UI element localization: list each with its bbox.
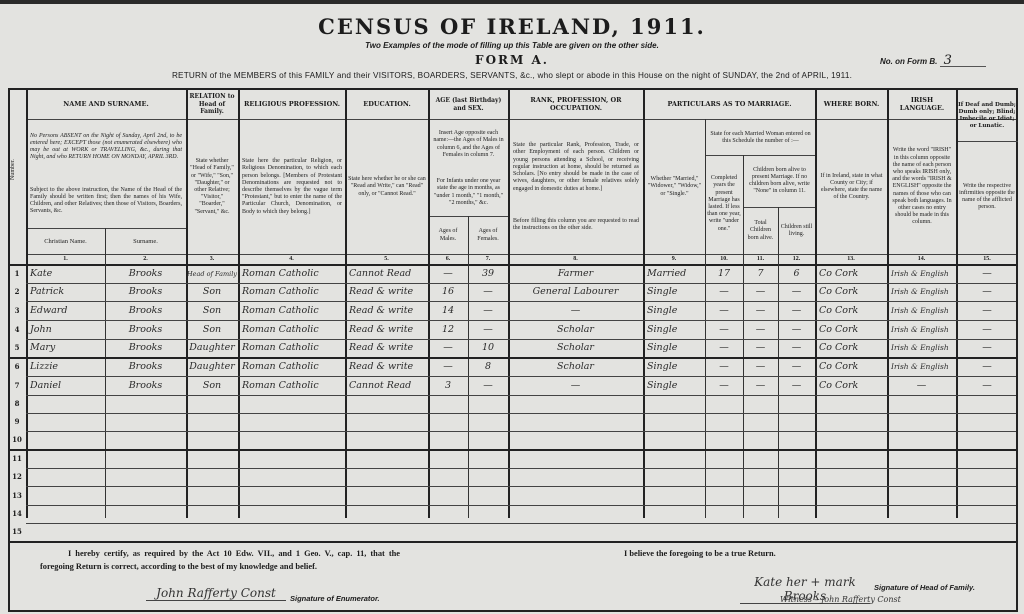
age-female: —: [468, 305, 508, 316]
years-married: —: [705, 324, 743, 335]
form-b-label: No. on Form B.: [880, 57, 937, 66]
religion: Roman Catholic: [238, 361, 345, 372]
infirmity: —: [956, 268, 1018, 279]
footer-border: [8, 610, 1018, 612]
row-number: 10: [8, 435, 26, 444]
relation: Head of Family: [186, 270, 238, 278]
marriage-status: Single: [643, 305, 705, 316]
relation: Son: [186, 324, 238, 335]
occupation: Scholar: [508, 361, 643, 372]
form-name: FORM A.: [0, 53, 1024, 67]
ages-males-header: Ages of Males.: [428, 217, 468, 254]
divider: [186, 119, 1016, 120]
column-number: 11.: [743, 256, 778, 265]
children-born: —: [743, 324, 778, 335]
age-female: —: [468, 324, 508, 335]
religion: Roman Catholic: [238, 305, 345, 316]
religion: Roman Catholic: [238, 324, 345, 335]
education: Read & write: [345, 286, 428, 297]
column-number: 14.: [887, 256, 956, 265]
infirmity-instruction: Write the respective infirmities opposit…: [957, 142, 1017, 252]
ages-females-header: Ages of Females.: [468, 217, 508, 254]
years-married: —: [705, 305, 743, 316]
education: Read & write: [345, 324, 428, 335]
christian-name: Daniel: [26, 380, 105, 391]
surname: Brooks: [105, 324, 186, 335]
children-born: —: [743, 286, 778, 297]
surname: Brooks: [105, 342, 186, 353]
education-instruction: State here whether he or she can "Read a…: [346, 122, 428, 252]
marriage-status: Single: [643, 286, 705, 297]
years-married: —: [705, 286, 743, 297]
children-born: —: [743, 342, 778, 353]
name-instruction-2: Subject to the above instruction, the Na…: [28, 175, 184, 227]
age-male: —: [428, 361, 468, 372]
surname: Brooks: [105, 380, 186, 391]
row-number: 12: [8, 472, 26, 481]
religion-header: RELIGIOUS PROFESSION.: [240, 90, 344, 119]
children-instruction: Children born alive to present Marriage.…: [744, 156, 815, 206]
education: Read & write: [345, 342, 428, 353]
row-number: 2: [8, 287, 26, 296]
surname-header: Surname.: [105, 229, 186, 254]
marriage-status: Single: [643, 361, 705, 372]
column-number: 8.: [508, 256, 643, 265]
column-number: 4.: [238, 256, 345, 265]
where-born: Co Cork: [815, 305, 887, 316]
marriage-instruction: Whether "Married," "Widower," "Widow," o…: [644, 122, 705, 252]
where-born: Co Cork: [815, 324, 887, 335]
marriage-status: Single: [643, 380, 705, 391]
column-number: 10.: [705, 256, 743, 265]
divider: [26, 254, 1016, 255]
row-line: [8, 449, 1018, 451]
occupation: —: [508, 380, 643, 391]
occupation-instruction-1: State the particular Rank, Profession, T…: [511, 130, 641, 205]
row-number: 4: [8, 325, 26, 334]
return-instruction: RETURN of the MEMBERS of this FAMILY and…: [0, 71, 1024, 80]
marriage-status: Married: [643, 268, 705, 279]
relation: Daughter: [186, 342, 238, 353]
surname: Brooks: [105, 305, 186, 316]
name-instruction-1: No Persons ABSENT on the Night of Sunday…: [28, 122, 184, 172]
christian-name: John: [26, 324, 105, 335]
top-border: [0, 0, 1024, 4]
footer-border: [8, 541, 10, 611]
children-living: —: [778, 286, 815, 297]
total-children-header: Total Children born alive.: [743, 208, 778, 254]
infirmity: —: [956, 361, 1018, 372]
column-number: 9.: [643, 256, 705, 265]
children-living: —: [778, 361, 815, 372]
years-married: —: [705, 380, 743, 391]
footer-border: [1016, 541, 1018, 611]
education: Read & write: [345, 305, 428, 316]
surname: Brooks: [105, 268, 186, 279]
form-b-number: No. on Form B. 3: [880, 55, 986, 67]
christian-name: Edward: [26, 305, 105, 316]
age-female: 39: [468, 268, 508, 279]
relation: Son: [186, 305, 238, 316]
irish-language: Irish & English: [887, 343, 956, 352]
children-born: —: [743, 361, 778, 372]
where-born-instruction: If in Ireland, state in what County or C…: [816, 122, 887, 252]
surname: Brooks: [105, 286, 186, 297]
marriage-status: Single: [643, 342, 705, 353]
infirmity: —: [956, 286, 1018, 297]
married-woman-instruction: State for each Married Woman entered on …: [706, 121, 815, 155]
children-born: —: [743, 380, 778, 391]
marriage-header: PARTICULARS AS TO MARRIAGE.: [644, 90, 815, 119]
age-instruction-1: Insert Age opposite each name:—the Ages …: [429, 122, 508, 167]
census-form: CENSUS OF IRELAND, 1911. Two Examples of…: [0, 0, 1024, 614]
divider: [26, 119, 186, 120]
where-born-header: WHERE BORN.: [816, 90, 887, 119]
irish-language: Irish & English: [887, 362, 956, 371]
where-born: Co Cork: [815, 342, 887, 353]
education-header: EDUCATION.: [346, 90, 428, 119]
occupation: Scholar: [508, 324, 643, 335]
marriage-status: Single: [643, 324, 705, 335]
row-number: 3: [8, 306, 26, 315]
enumerator-certification: I hereby certify, as required by the Act…: [40, 547, 400, 573]
children-born: —: [743, 305, 778, 316]
row-line: [26, 413, 1016, 414]
christian-name: Mary: [26, 342, 105, 353]
infirmity-header: If Deaf and Dumb; Dumb only; Blind; Imbe…: [957, 90, 1017, 141]
column-number: 6.: [428, 256, 468, 265]
irish-language: Irish & English: [887, 325, 956, 334]
form-b-value: 3: [940, 55, 986, 67]
irish-language-instruction: Write the word "IRISH" in this column op…: [888, 122, 956, 252]
column-number: 5.: [345, 256, 428, 265]
age-male: 12: [428, 324, 468, 335]
col-line: [508, 88, 510, 518]
enumerator-signature-label: Signature of Enumerator.: [290, 594, 380, 603]
column-number: 7.: [468, 256, 508, 265]
occupation-header: RANK, PROFESSION, OR OCCUPATION.: [509, 90, 643, 119]
relation: Son: [186, 380, 238, 391]
surname: Brooks: [105, 361, 186, 372]
row-line: [26, 395, 1016, 396]
years-married: 17: [705, 268, 743, 279]
row-number: 11: [8, 454, 26, 463]
row-line: [8, 357, 1018, 359]
religion: Roman Catholic: [238, 286, 345, 297]
christian-name: Kate: [26, 268, 105, 279]
row-line: [26, 505, 1016, 506]
relation-instruction: State whether "Head of Family," or "Wife…: [188, 122, 236, 252]
occupation: Farmer: [508, 268, 643, 279]
row-line: [8, 541, 1018, 543]
witness-note: Witness – John Rafferty Const: [780, 595, 901, 604]
christian-name: Patrick: [26, 286, 105, 297]
column-number: 15.: [956, 256, 1018, 265]
age-instruction-2: For Infants under one year state the age…: [429, 170, 508, 215]
where-born: Co Cork: [815, 268, 887, 279]
row-line: [26, 283, 1016, 284]
years-married: —: [705, 342, 743, 353]
row-number: 13: [8, 491, 26, 500]
row-number: 1: [8, 269, 26, 278]
where-born: Co Cork: [815, 286, 887, 297]
years-married-instruction: Completed years the present Marriage has…: [705, 156, 743, 252]
age-header: AGE (last Birthday) and SEX.: [429, 90, 508, 119]
row-line: [26, 339, 1016, 340]
row-number: 15: [8, 527, 26, 536]
infirmity: —: [956, 324, 1018, 335]
children-living: —: [778, 305, 815, 316]
column-number: 12.: [778, 256, 815, 265]
row-number: 14: [8, 509, 26, 518]
infirmity: —: [956, 380, 1018, 391]
row-number: 5: [8, 343, 26, 352]
religion: Roman Catholic: [238, 268, 345, 279]
column-number: 2.: [105, 256, 186, 265]
irish-language: Irish & English: [887, 287, 956, 296]
children-born: 7: [743, 268, 778, 279]
christian-name: Lizzie: [26, 361, 105, 372]
row-number: 8: [8, 399, 26, 408]
education: Cannot Read: [345, 380, 428, 391]
row-line: [26, 320, 1016, 321]
form-subtitle: Two Examples of the mode of filling up t…: [0, 41, 1024, 50]
row-line: [26, 431, 1016, 432]
religion: Roman Catholic: [238, 380, 345, 391]
head-signature-label: Signature of Head of Family.: [874, 583, 975, 592]
age-female: —: [468, 286, 508, 297]
religion-instruction: State here the particular Religion, or R…: [240, 122, 344, 252]
row-line: [26, 376, 1016, 377]
row-number: 9: [8, 417, 26, 426]
christian-name-header: Christian Name.: [26, 229, 105, 254]
occupation-instruction-2: Before filling this column you are reque…: [511, 212, 641, 238]
infirmity: —: [956, 342, 1018, 353]
irish-language: Irish & English: [887, 306, 956, 315]
row-line: [26, 301, 1016, 302]
children-living: 6: [778, 268, 815, 279]
children-living: —: [778, 380, 815, 391]
column-number: 1.: [26, 256, 105, 265]
number-column-label: Number.: [10, 140, 26, 200]
age-female: —: [468, 380, 508, 391]
relation: Son: [186, 286, 238, 297]
age-female: 8: [468, 361, 508, 372]
religion: Roman Catholic: [238, 342, 345, 353]
irish-language-header: IRISH LANGUAGE.: [888, 90, 956, 119]
irish-language: —: [887, 380, 956, 391]
name-header: NAME AND SURNAME.: [26, 90, 186, 119]
irish-language: Irish & English: [887, 269, 956, 278]
occupation: —: [508, 305, 643, 316]
age-male: —: [428, 268, 468, 279]
age-female: 10: [468, 342, 508, 353]
column-number: 3.: [186, 256, 238, 265]
row-number: 6: [8, 362, 26, 371]
occupation: General Labourer: [508, 286, 643, 297]
age-male: 3: [428, 380, 468, 391]
age-male: 16: [428, 286, 468, 297]
education: Read & write: [345, 361, 428, 372]
relation: Daughter: [186, 361, 238, 372]
children-living: —: [778, 342, 815, 353]
row-line: [26, 468, 1016, 469]
years-married: —: [705, 361, 743, 372]
row-line: [26, 523, 1016, 524]
children-living: —: [778, 324, 815, 335]
enumerator-signature: John Rafferty Const: [146, 586, 286, 601]
row-line: [26, 486, 1016, 487]
occupation: Scholar: [508, 342, 643, 353]
age-male: 14: [428, 305, 468, 316]
head-certification: I believe the foregoing to be a true Ret…: [624, 547, 776, 560]
children-living-header: Children still living.: [778, 208, 815, 254]
row-number: 7: [8, 381, 26, 390]
education: Cannot Read: [345, 268, 428, 279]
where-born: Co Cork: [815, 380, 887, 391]
infirmity: —: [956, 305, 1018, 316]
relation-header: RELATION to Head of Family.: [188, 90, 236, 119]
column-number: 13.: [815, 256, 887, 265]
where-born: Co Cork: [815, 361, 887, 372]
form-title: CENSUS OF IRELAND, 1911.: [0, 14, 1024, 39]
age-male: —: [428, 342, 468, 353]
